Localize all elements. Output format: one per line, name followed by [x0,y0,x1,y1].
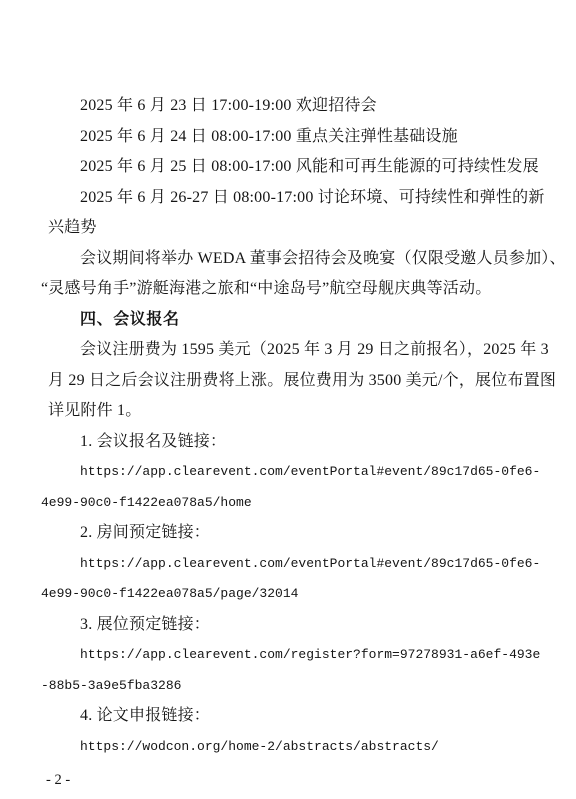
text-line: 会议注册费为 1595 美元（2025 年 3 月 29 日之前报名），2025… [48,335,576,366]
section-heading: 四、会议报名 [48,305,576,336]
url-text-line: 4e99-90c0-f1422ea078a5/home [41,488,576,519]
text-line: 2. 房间预定链接： [48,518,576,549]
url-text-line: https://app.clearevent.com/eventPortal#e… [48,457,576,488]
text-line: 2025 年 6 月 25 日 08:00-17:00 风能和可再生能源的可持续… [48,152,576,183]
text-line: 4. 论文申报链接： [48,701,576,732]
url-text-line: https://wodcon.org/home-2/abstracts/abst… [48,732,576,763]
text-line: 月 29 日之后会议注册费将上涨。展位费用为 3500 美元/个，展位布置图 [48,366,576,397]
text-line: 1. 会议报名及链接： [48,427,576,458]
document-body: 2025 年 6 月 23 日 17:00-19:00 欢迎招待会2025 年 … [48,91,576,762]
text-line: “灵感号角手”游艇海港之旅和“中途岛号”航空母舰庆典等活动。 [41,274,576,305]
url-text-line: -88b5-3a9e5fba3286 [41,671,576,702]
text-line: 2025 年 6 月 23 日 17:00-19:00 欢迎招待会 [48,91,576,122]
document-page: 2025 年 6 月 23 日 17:00-19:00 欢迎招待会2025 年 … [0,0,576,799]
text-line: 兴趋势 [48,213,576,244]
text-line: 详见附件 1。 [48,396,576,427]
text-line: 会议期间将举办 WEDA 董事会招待会及晚宴（仅限受邀人员参加）、 [48,244,576,275]
text-line: 2025 年 6 月 24 日 08:00-17:00 重点关注弹性基础设施 [48,122,576,153]
page-number: - 2 - [46,770,70,790]
url-text-line: https://app.clearevent.com/eventPortal#e… [48,549,576,580]
url-text-line: https://app.clearevent.com/register?form… [48,640,576,671]
url-text-line: 4e99-90c0-f1422ea078a5/page/32014 [41,579,576,610]
text-line: 3. 展位预定链接： [48,610,576,641]
text-line: 2025 年 6 月 26-27 日 08:00-17:00 讨论环境、可持续性… [48,183,576,214]
